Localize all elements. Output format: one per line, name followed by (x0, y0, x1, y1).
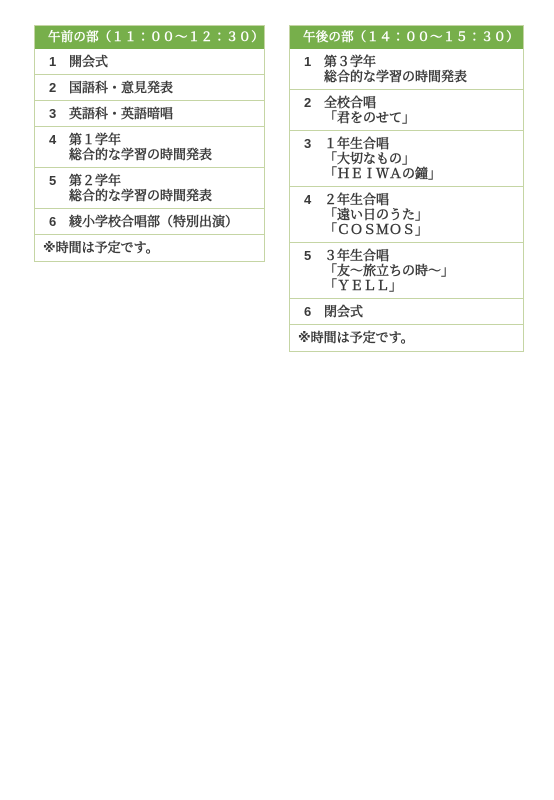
row-number: 1 (290, 54, 324, 69)
row-number: 5 (35, 173, 69, 188)
row-text-line: 「大切なもの」 (324, 151, 523, 166)
morning-table-header: 午前の部（１１：００～１２：３０） (35, 26, 264, 49)
row-number: 4 (290, 192, 324, 207)
table-row: 4２年生合唱「遠い日のうた」「ＣＯＳＭＯＳ」 (290, 186, 523, 242)
row-text-line: 第１学年 (69, 132, 264, 147)
row-text: 英語科・英語暗唱 (69, 106, 264, 121)
row-text-line: 総合的な学習の時間発表 (69, 188, 264, 203)
row-text-line: 総合的な学習の時間発表 (69, 147, 264, 162)
row-text-line: １年生合唱 (324, 136, 523, 151)
table-row: 2全校合唱「君をのせて」 (290, 89, 523, 130)
afternoon-program-table: 午後の部（１４：００～１５：３０） 1第３学年総合的な学習の時間発表2全校合唱「… (289, 25, 524, 352)
table-row: 2国語科・意見発表 (35, 74, 264, 100)
table-row: 3英語科・英語暗唱 (35, 100, 264, 126)
row-text-line: 「友～旅立ちの時～」 (324, 263, 523, 278)
row-text-line: 「ＹＥＬＬ」 (324, 278, 523, 293)
row-text-line: 国語科・意見発表 (69, 80, 264, 95)
row-text: 第２学年総合的な学習の時間発表 (69, 173, 264, 203)
row-text: 閉会式 (324, 304, 523, 319)
afternoon-table-header: 午後の部（１４：００～１５：３０） (290, 26, 523, 49)
row-text-line: 「遠い日のうた」 (324, 207, 523, 222)
morning-program-table: 午前の部（１１：００～１２：３０） 1開会式2国語科・意見発表3英語科・英語暗唱… (34, 25, 265, 262)
table-row: 1開会式 (35, 49, 264, 74)
table-row: 6綾小学校合唱部（特別出演） (35, 208, 264, 234)
row-text-line: 「ＨＥＩＷＡの鐘」 (324, 166, 523, 181)
row-text: 開会式 (69, 54, 264, 69)
row-text-line: ２年生合唱 (324, 192, 523, 207)
row-text: １年生合唱「大切なもの」「ＨＥＩＷＡの鐘」 (324, 136, 523, 181)
table-row: 4第１学年総合的な学習の時間発表 (35, 126, 264, 167)
table-row: 1第３学年総合的な学習の時間発表 (290, 49, 523, 89)
row-text-line: 「ＣＯＳＭＯＳ」 (324, 222, 523, 237)
row-number: 4 (35, 132, 69, 147)
row-text-line: 開会式 (69, 54, 264, 69)
row-text-line: 「君をのせて」 (324, 110, 523, 125)
row-text-line: 英語科・英語暗唱 (69, 106, 264, 121)
row-text: ３年生合唱「友～旅立ちの時～」「ＹＥＬＬ」 (324, 248, 523, 293)
row-number: 6 (290, 304, 324, 319)
row-text-line: ３年生合唱 (324, 248, 523, 263)
row-text: 第３学年総合的な学習の時間発表 (324, 54, 523, 84)
table-row: 5第２学年総合的な学習の時間発表 (35, 167, 264, 208)
afternoon-table-rows: 1第３学年総合的な学習の時間発表2全校合唱「君をのせて」3１年生合唱「大切なもの… (290, 49, 523, 324)
row-text-line: 全校合唱 (324, 95, 523, 110)
row-number: 3 (290, 136, 324, 151)
row-text: 第１学年総合的な学習の時間発表 (69, 132, 264, 162)
morning-table-rows: 1開会式2国語科・意見発表3英語科・英語暗唱4第１学年総合的な学習の時間発表5第… (35, 49, 264, 234)
table-row: 3１年生合唱「大切なもの」「ＨＥＩＷＡの鐘」 (290, 130, 523, 186)
row-text-line: 第２学年 (69, 173, 264, 188)
row-text-line: 総合的な学習の時間発表 (324, 69, 523, 84)
row-text: ２年生合唱「遠い日のうた」「ＣＯＳＭＯＳ」 (324, 192, 523, 237)
row-text-line: 綾小学校合唱部（特別出演） (69, 214, 264, 229)
program-page: { "colors": { "header_bg": "#77af4b", "h… (0, 0, 554, 800)
table-row: 6閉会式 (290, 298, 523, 324)
row-text: 全校合唱「君をのせて」 (324, 95, 523, 125)
morning-table-note: ※時間は予定です。 (35, 234, 264, 261)
afternoon-table-note: ※時間は予定です。 (290, 324, 523, 351)
row-number: 6 (35, 214, 69, 229)
row-number: 1 (35, 54, 69, 69)
row-number: 5 (290, 248, 324, 263)
row-text-line: 第３学年 (324, 54, 523, 69)
row-text-line: 閉会式 (324, 304, 523, 319)
row-text: 綾小学校合唱部（特別出演） (69, 214, 264, 229)
table-row: 5３年生合唱「友～旅立ちの時～」「ＹＥＬＬ」 (290, 242, 523, 298)
row-text: 国語科・意見発表 (69, 80, 264, 95)
row-number: 2 (290, 95, 324, 110)
row-number: 2 (35, 80, 69, 95)
row-number: 3 (35, 106, 69, 121)
